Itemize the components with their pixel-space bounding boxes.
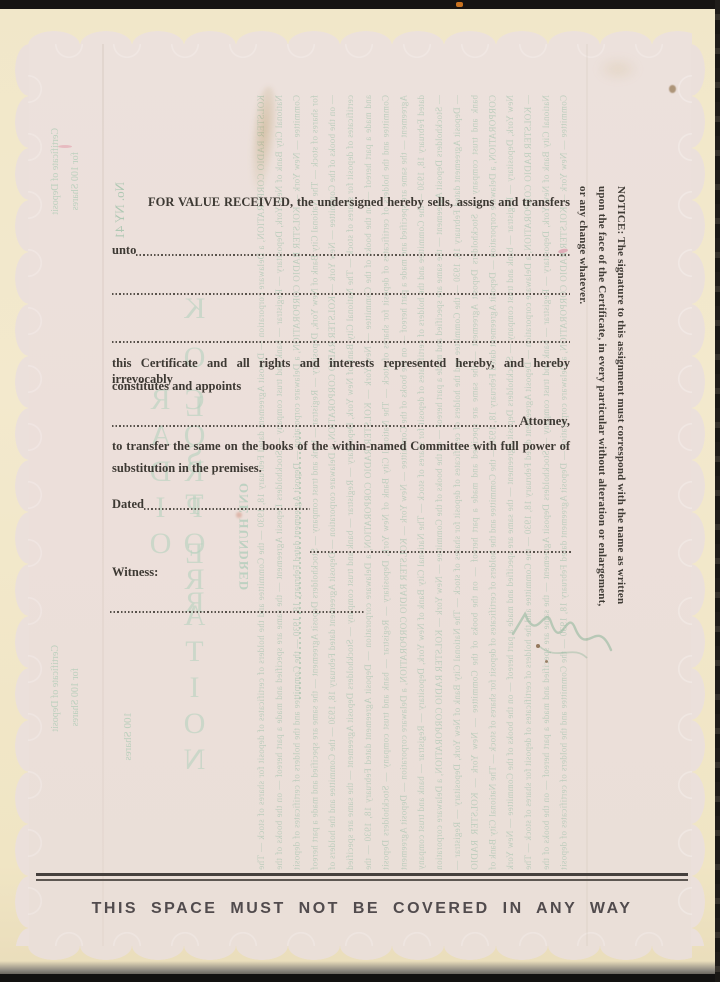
ghost-company-name-line2: RADIO CORPORATION [144, 383, 212, 878]
witness-label: Witness: [112, 564, 158, 580]
ghost-body-text: KOLSTER RADIO CORPORATION, a Delaware co… [253, 95, 575, 870]
dated-fill-line: Dated [112, 496, 310, 512]
assignment-substitution-line: substitution in the premises. [112, 460, 262, 476]
notice-line-2: upon the face of the Certificate, in eve… [592, 186, 611, 652]
attorney-label: Attorney, [520, 413, 570, 429]
assignment-transfer-line: to transfer the same on the books of the… [112, 438, 570, 454]
notice-line-1: NOTICE: The signature to this assignment… [611, 186, 630, 652]
bottom-double-rule [36, 873, 688, 881]
scalloped-edge-left [15, 44, 29, 946]
dotted-fill [144, 508, 310, 510]
dotted-fill [112, 425, 520, 427]
ghost-ruled-line [299, 432, 301, 700]
unto-fill-line: unto [112, 242, 570, 258]
bottom-caption: THIS SPACE MUST NOT BE COVERED IN ANY WA… [36, 900, 688, 918]
assignment-opening-line: FOR VALUE RECEIVED, the undersigned here… [112, 194, 570, 210]
ghost-margin-label-shares-bottom: for 100 Shares [70, 668, 81, 838]
dotted-fill-line-2 [112, 293, 570, 295]
scan-edge-bottom-shadow [0, 961, 720, 974]
scalloped-edge-right [691, 44, 705, 946]
notice-block: NOTICE: The signature to this assignment… [573, 186, 630, 652]
dated-label: Dated [112, 496, 144, 512]
scanned-certificate-back: Certificate of Deposit for 100 Shares No… [0, 0, 720, 982]
scan-edge-top [0, 0, 720, 9]
ghost-margin-label-certificate-bottom: Certificate of Deposit [50, 645, 61, 857]
scan-edge-bottom [0, 974, 720, 982]
signature-fill-line [310, 551, 572, 553]
ghost-margin-label-shares: for 100 Shares [70, 152, 81, 322]
scalloped-edge-top [28, 31, 692, 45]
ghost-margin-label-certificate: Certificate of Deposit [50, 128, 61, 340]
ghost-shares-count: 100 Shares [122, 712, 134, 838]
attorney-fill-line: Attorney, [112, 413, 570, 429]
notice-line-3: or any change whatever. [573, 186, 592, 652]
witness-fill-line [110, 611, 365, 613]
dotted-fill-line-3 [112, 341, 570, 343]
assignment-constitutes-line: constitutes and appoints [112, 378, 241, 394]
unto-label: unto [112, 242, 136, 258]
dotted-fill [136, 254, 570, 256]
scalloped-edge-bottom [28, 946, 692, 960]
scan-edge-right [715, 0, 720, 982]
